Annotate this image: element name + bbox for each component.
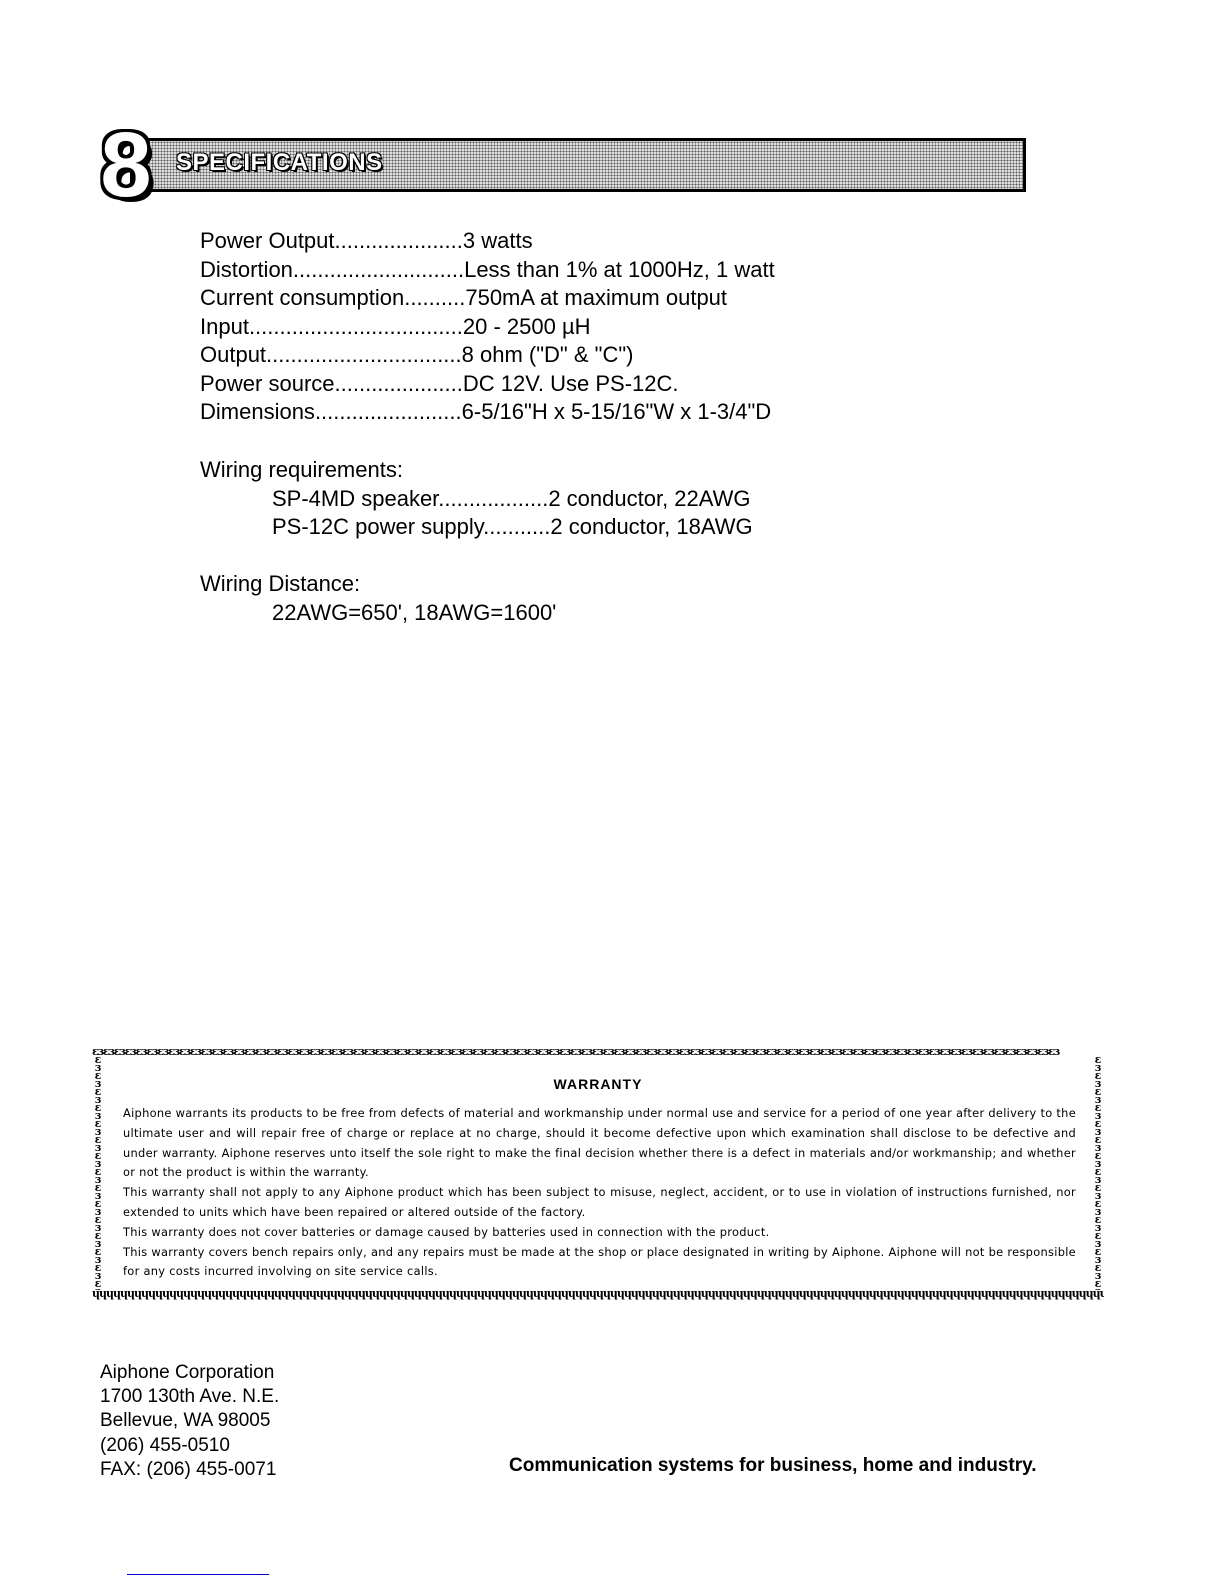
wiring-label: SP-4MD speaker: [272, 486, 438, 511]
spec-leader-dots: ................................: [266, 342, 462, 367]
city-state-zip: Bellevue, WA 98005: [100, 1409, 279, 1433]
wiring-distance-value: 22AWG=650', 18AWG=1600': [200, 599, 556, 628]
phone-number: (206) 455-0510: [100, 1434, 279, 1458]
spec-row-input: Input...................................…: [200, 313, 775, 342]
wiring-leader-dots: ..................: [438, 486, 548, 511]
warranty-paragraph: Aiphone warrants its products to be free…: [123, 1104, 1076, 1183]
spec-label: Distortion: [200, 257, 293, 282]
wiring-leader-dots: ...........: [483, 514, 550, 539]
company-tagline: Communication systems for business, home…: [509, 1455, 1037, 1477]
wiring-requirements: Wiring requirements: SP-4MD speaker.....…: [200, 456, 753, 542]
spec-value: Less than 1% at 1000Hz, 1 watt: [464, 257, 775, 282]
spec-row-power-source: Power source.....................DC 12V.…: [200, 370, 775, 399]
section-number-badge: 8: [98, 122, 154, 208]
spec-value: 6-5/16"H x 5-15/16"W x 1-3/4"D: [462, 399, 772, 424]
spec-leader-dots: .....................: [335, 371, 463, 396]
wiring-requirements-heading: Wiring requirements:: [200, 456, 753, 485]
spec-value: 750mA at maximum output: [465, 285, 727, 310]
street-address: 1700 130th Ave. N.E.: [100, 1385, 279, 1409]
wiring-row-speaker: SP-4MD speaker..................2 conduc…: [200, 485, 753, 514]
section-header: 8 SPECIFICATIONS: [96, 122, 1031, 212]
spec-row-power-output: Power Output.....................3 watts: [200, 227, 775, 256]
link-underline[interactable]: [127, 1574, 269, 1575]
wiring-value: 2 conductor, 22AWG: [548, 486, 750, 511]
wiring-distance: Wiring Distance: 22AWG=650', 18AWG=1600': [200, 570, 556, 627]
spec-value: 8 ohm ("D" & "C"): [462, 342, 634, 367]
spec-row-output: Output................................8 …: [200, 341, 775, 370]
spec-leader-dots: ..........: [404, 285, 465, 310]
company-name: Aiphone Corporation: [100, 1361, 279, 1385]
spec-row-distortion: Distortion............................Le…: [200, 256, 775, 285]
wiring-distance-heading: Wiring Distance:: [200, 570, 556, 599]
spec-leader-dots: ........................: [315, 399, 462, 424]
spec-row-current-consumption: Current consumption..........750mA at ma…: [200, 284, 775, 313]
warranty-title: WARRANTY: [92, 1076, 1104, 1092]
spec-label: Current consumption: [200, 285, 404, 310]
section-title: SPECIFICATIONS: [176, 149, 383, 177]
company-address: Aiphone Corporation 1700 130th Ave. N.E.…: [100, 1361, 279, 1482]
warranty-paragraph: This warranty does not cover batteries o…: [123, 1223, 1076, 1243]
spec-leader-dots: ...................................: [249, 314, 463, 339]
specifications-list: Power Output.....................3 watts…: [200, 227, 775, 427]
spec-value: DC 12V. Use PS-12C.: [463, 371, 679, 396]
spec-label: Power Output: [200, 228, 335, 253]
spec-value: 20 - 2500 µH: [463, 314, 591, 339]
spec-label: Power source: [200, 371, 335, 396]
warranty-box: ɛɜɛɜɛɜɛɜɛɜɛɜɛɜɛɜɛɜɛɜɛɜɛɜɛɜɛɜɛɜɛɜɛɜɛɜɛɜɛɜ…: [92, 1046, 1104, 1300]
warranty-paragraph: This warranty shall not apply to any Aip…: [123, 1183, 1076, 1223]
fax-number: FAX: (206) 455-0071: [100, 1458, 279, 1482]
warranty-border-top: ɛɜɛɜɛɜɛɜɛɜɛɜɛɜɛɜɛɜɛɜɛɜɛɜɛɜɛɜɛɜɛɜɛɜɛɜɛɜɛɜ…: [92, 1046, 1104, 1058]
spec-leader-dots: ............................: [293, 257, 464, 282]
wiring-value: 2 conductor, 18AWG: [550, 514, 752, 539]
warranty-border-bottom: ɥɥɥɥɥɥɥɥɥɥɥɥɥɥɥɥɥɥɥɥɥɥɥɥɥɥɥɥɥɥɥɥɥɥɥɥɥɥɥɥ…: [92, 1288, 1104, 1300]
spec-label: Input: [200, 314, 249, 339]
spec-value: 3 watts: [463, 228, 533, 253]
warranty-paragraph: This warranty covers bench repairs only,…: [123, 1243, 1076, 1283]
wiring-row-power-supply: PS-12C power supply...........2 conducto…: [200, 513, 753, 542]
warranty-text: Aiphone warrants its products to be free…: [123, 1104, 1076, 1282]
spec-label: Dimensions: [200, 399, 315, 424]
wiring-label: PS-12C power supply: [272, 514, 483, 539]
spec-leader-dots: .....................: [335, 228, 463, 253]
spec-label: Output: [200, 342, 266, 367]
spec-row-dimensions: Dimensions........................6-5/16…: [200, 398, 775, 427]
